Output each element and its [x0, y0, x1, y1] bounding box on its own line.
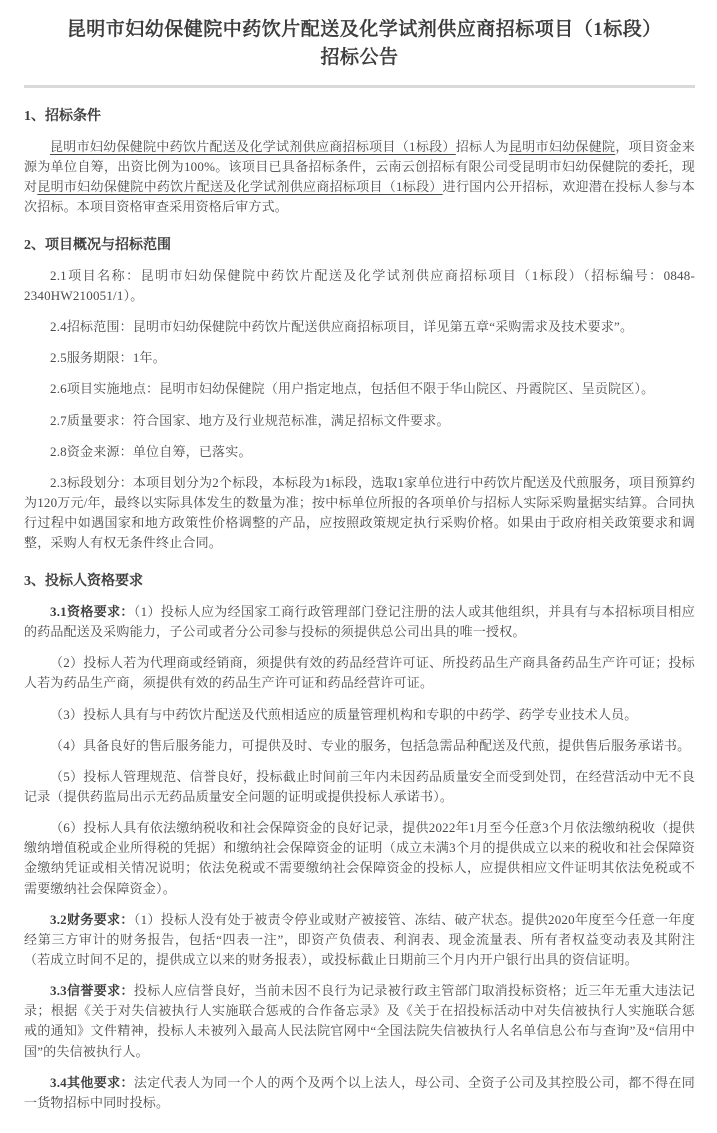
underlined-text: 昆明市妇幼保健院中药饮片配送及化学试剂供应商招标项目（1标段）	[37, 179, 442, 194]
paragraph: 2.1项目名称：昆明市妇幼保健院中药饮片配送及化学试剂供应商招标项目（1标段）（…	[24, 266, 695, 306]
paragraph: 2.8资金来源：单位自筹，已落实。	[24, 442, 695, 462]
paragraph: 3.4其他要求：法定代表人为同一个人的两个及两个以上法人，母公司、全资子公司及其…	[24, 1073, 695, 1113]
text-run: 2.5服务期限：1年。	[50, 350, 166, 365]
section-heading: 3、投标人资格要求	[24, 572, 695, 592]
text-run: 2.8资金来源：单位自筹，已落实。	[50, 444, 252, 459]
paragraph: 2.7质量要求：符合国家、地方及行业规范标准，满足招标文件要求。	[24, 411, 695, 431]
paragraph: 2.4招标范围：昆明市妇幼保健院中药饮片配送供应商招标项目，详见第五章“采购需求…	[24, 317, 695, 337]
paragraph: 3.2财务要求：（1）投标人没有处于被责令停业或财产被接管、冻结、破产状态。提供…	[24, 910, 695, 970]
paragraph: 3.1资格要求：（1）投标人应为经国家工商行政管理部门登记注册的法人或其他组织，…	[24, 602, 695, 642]
document-body: 1、招标条件昆明市妇幼保健院中药饮片配送及化学试剂供应商招标项目（1标段）招标人…	[24, 107, 695, 1113]
section-heading: 1、招标条件	[24, 107, 695, 127]
bold-lead-text: 3.4其他要求：	[50, 1075, 134, 1090]
bold-lead-text: 3.3信誉要求：	[50, 983, 134, 998]
text-run: （3）投标人具有与中药饮片配送及代煎相适应的质量管理机构和专职的中药学、药学专业…	[50, 707, 638, 722]
paragraph: 2.3标段划分：本项目划分为2个标段，本标段为1标段，选取1家单位进行中药饮片配…	[24, 473, 695, 554]
section-heading: 2、项目概况与招标范围	[24, 236, 695, 256]
paragraph: 昆明市妇幼保健院中药饮片配送及化学试剂供应商招标项目（1标段）招标人为昆明市妇幼…	[24, 137, 695, 218]
paragraph: （4）具备良好的售后服务能力，可提供及时、专业的服务，包括急需品种配送及代煎，提…	[24, 736, 695, 756]
paragraph: （5）投标人管理规范、信誉良好，投标截止时间前三年内未因药品质量安全而受到处罚，…	[24, 767, 695, 807]
document-page: 昆明市妇幼保健院中药饮片配送及化学试剂供应商招标项目（1标段）招标公告 1、招标…	[0, 0, 717, 1133]
text-run: 2.4招标范围：昆明市妇幼保健院中药饮片配送供应商招标项目，详见第五章“采购需求…	[50, 319, 633, 334]
bold-lead-text: 3.1资格要求：	[50, 604, 134, 619]
text-run: 2.3标段划分：本项目划分为2个标段，本标段为1标段，选取1家单位进行中药饮片配…	[24, 475, 695, 550]
text-run: 2.6项目实施地点：昆明市妇幼保健院（用户指定地点，包括但不限于华山院区、丹霞院…	[50, 381, 654, 396]
paragraph: （3）投标人具有与中药饮片配送及代煎相适应的质量管理机构和专职的中药学、药学专业…	[24, 705, 695, 725]
text-run: 2.7质量要求：符合国家、地方及行业规范标准，满足招标文件要求。	[50, 413, 450, 428]
title-divider	[24, 85, 695, 88]
paragraph: 2.6项目实施地点：昆明市妇幼保健院（用户指定地点，包括但不限于华山院区、丹霞院…	[24, 379, 695, 399]
document-title: 昆明市妇幼保健院中药饮片配送及化学试剂供应商招标项目（1标段）招标公告	[24, 14, 695, 71]
text-run: （4）具备良好的售后服务能力，可提供及时、专业的服务，包括急需品种配送及代煎，提…	[50, 738, 690, 753]
text-run: 招标人为	[456, 139, 509, 154]
text-run: （2）投标人若为代理商或经销商，须提供有效的药品经营许可证、所投药品生产商具备药…	[24, 655, 695, 690]
bold-lead-text: 3.2财务要求：	[50, 912, 134, 927]
paragraph: 3.3信誉要求：投标人应信誉良好，当前未因不良行为记录被行政主管部门取消投标资格…	[24, 981, 695, 1062]
underlined-text: 昆明市妇幼保健院	[509, 139, 615, 154]
underlined-text: 昆明市妇幼保健院中药饮片配送及化学试剂供应商招标项目（1标段）	[50, 139, 456, 154]
paragraph: （6）投标人具有依法缴纳税收和社会保障资金的良好记录，提供2022年1月至今任意…	[24, 818, 695, 899]
text-run: 2.1项目名称：昆明市妇幼保健院中药饮片配送及化学试剂供应商招标项目（1标段）（…	[24, 268, 695, 303]
paragraph: （2）投标人若为代理商或经销商，须提供有效的药品经营许可证、所投药品生产商具备药…	[24, 653, 695, 693]
text-run: （5）投标人管理规范、信誉良好，投标截止时间前三年内未因药品质量安全而受到处罚，…	[24, 769, 695, 804]
paragraph: 2.5服务期限：1年。	[24, 348, 695, 368]
text-run: （6）投标人具有依法缴纳税收和社会保障资金的良好记录，提供2022年1月至今任意…	[24, 820, 695, 895]
